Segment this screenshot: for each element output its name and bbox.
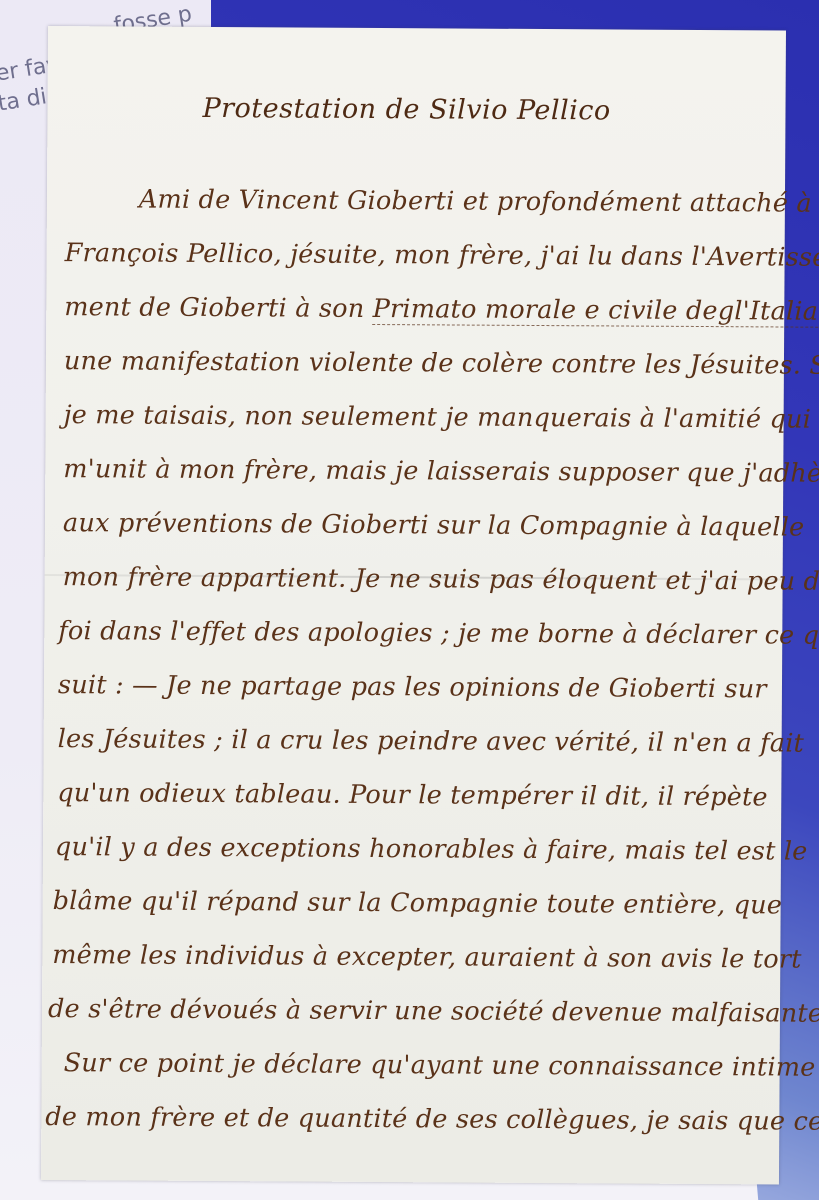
manuscript-line: de s'être dévoués à servir une société d…	[48, 994, 819, 1029]
manuscript-line: suit : — Je ne partage pas les opinions …	[58, 670, 767, 704]
manuscript-line: m'unit à mon frère, mais je laisserais s…	[63, 454, 819, 489]
manuscript-page: Protestation de Silvio Pellico Ami de Vi…	[41, 26, 786, 1184]
background-text-fragment: ta di	[0, 84, 48, 116]
document-title: Protestation de Silvio Pellico	[202, 93, 610, 126]
manuscript-line: ment de Gioberti à son Primato morale e …	[64, 292, 819, 327]
manuscript-line: qu'un odieux tableau. Pour le tempérer i…	[57, 778, 768, 812]
manuscript-line: même les individus à excepter, auraient …	[52, 940, 801, 975]
manuscript-line: aux préventions de Gioberti sur la Compa…	[63, 508, 805, 543]
manuscript-line: une manifestation violente de colère con…	[64, 346, 819, 381]
manuscript-line: François Pellico, jésuite, mon frère, j'…	[65, 238, 819, 273]
manuscript-line: de mon frère et de quantité de ses collè…	[45, 1102, 819, 1137]
manuscript-line: les Jésuites ; il a cru les peindre avec…	[58, 724, 805, 759]
manuscript-line: qu'il y a des exceptions honorables à fa…	[55, 832, 808, 867]
underlined-book-title: Primato morale e civile degl'Italiani	[373, 294, 819, 328]
manuscript-line: foi dans l'effet des apologies ; je me b…	[58, 616, 819, 651]
manuscript-line: Ami de Vincent Gioberti et profondément …	[139, 185, 812, 219]
manuscript-line: blâme qu'il répand sur la Compagnie tout…	[53, 886, 783, 920]
line-prefix: ment de Gioberti à son	[64, 292, 373, 324]
manuscript-line: mon frère appartient. Je ne suis pas élo…	[63, 562, 819, 597]
manuscript-body: Protestation de Silvio Pellico Ami de Vi…	[41, 26, 786, 1184]
manuscript-line: je me taisais, non seulement je manquera…	[64, 400, 812, 435]
manuscript-line: Sur ce point je déclare qu'ayant une con…	[64, 1048, 816, 1083]
